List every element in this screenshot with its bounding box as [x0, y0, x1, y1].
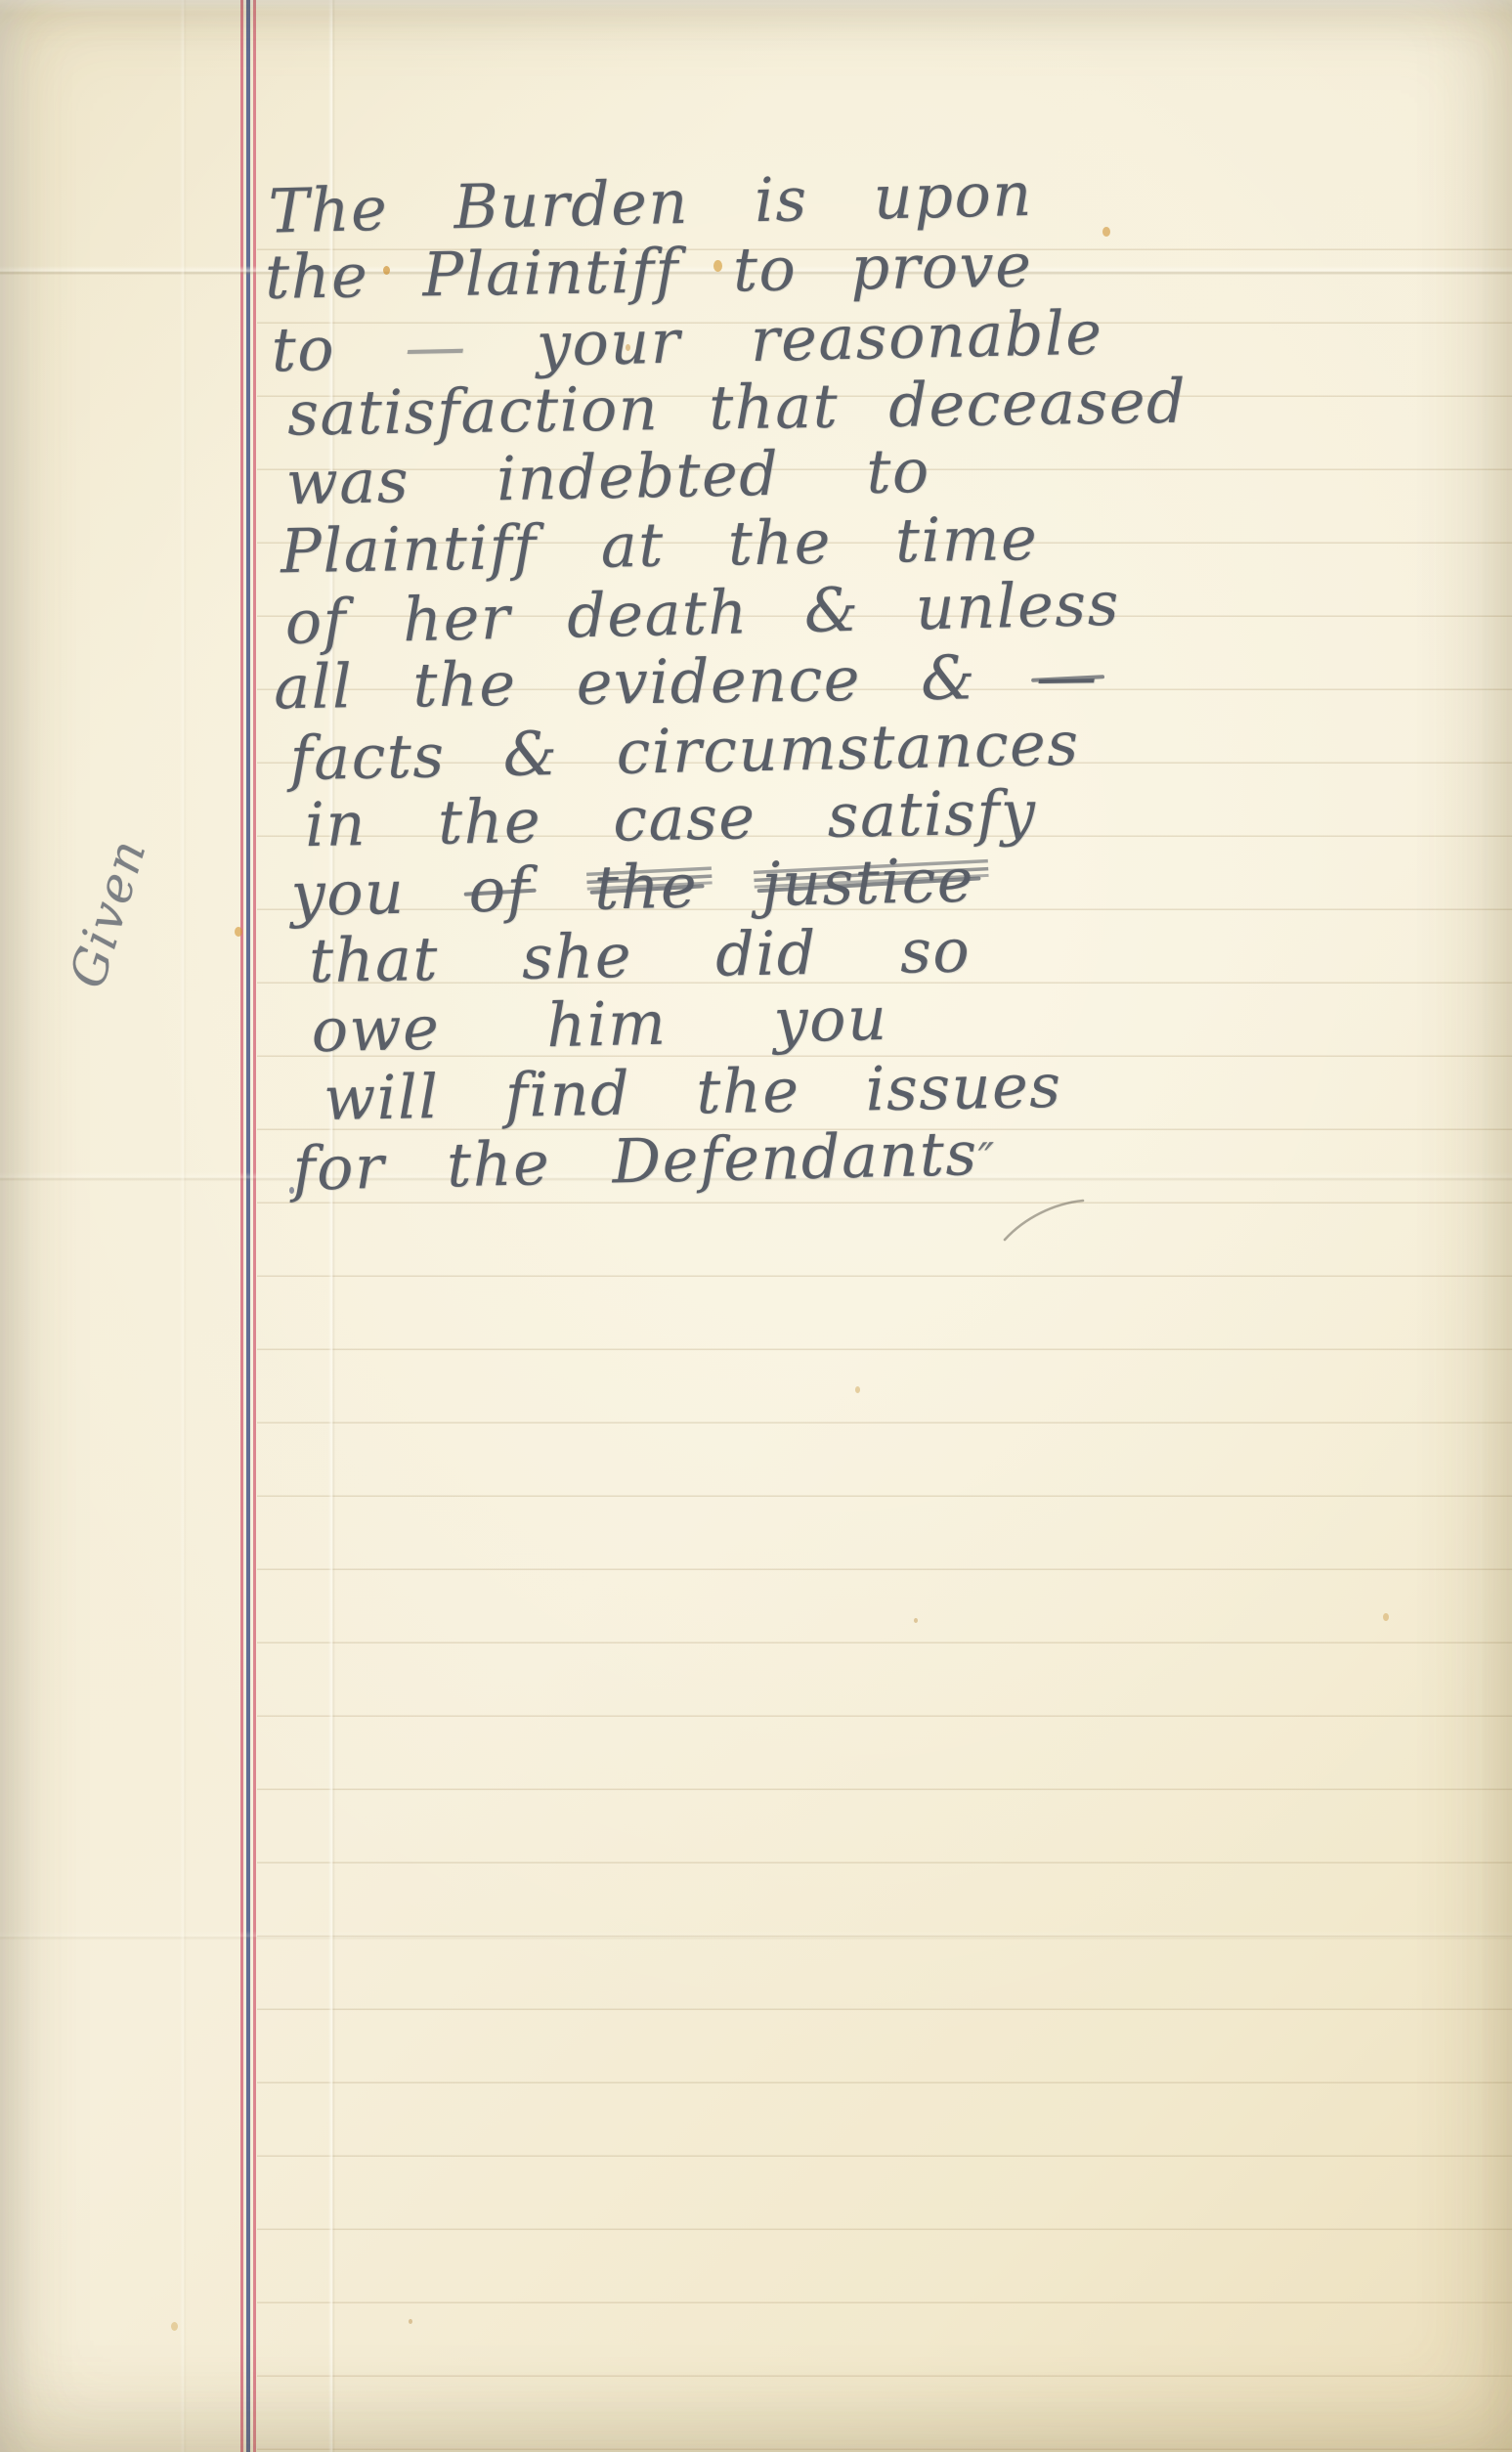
- hand-word: for the Defendants: [292, 1117, 979, 1204]
- hand-word: satisfaction that deceased: [287, 366, 1188, 450]
- handwritten-line: that she did so: [309, 921, 972, 992]
- handwritten-line: satisfaction that deceased: [287, 372, 1188, 445]
- handwritten-line: you of the justice: [290, 851, 975, 926]
- handwritten-line: was indebted to: [285, 441, 930, 514]
- struck-word: the: [593, 850, 699, 923]
- hand-word: ″: [977, 1134, 996, 1185]
- handwritten-line: owe him you: [311, 988, 888, 1061]
- handwritten-line: the Plaintiff to prove: [265, 236, 1033, 308]
- struck-word: of: [468, 854, 532, 926]
- handwritten-line: Plaintiff at the time: [281, 508, 1039, 583]
- hand-word: —: [404, 310, 467, 382]
- struck-word: justice: [761, 845, 975, 921]
- struck-word: —: [1036, 640, 1100, 713]
- handwritten-line: all the evidence & —: [274, 646, 1099, 719]
- hand-word: [530, 853, 595, 925]
- hand-word: [697, 849, 762, 921]
- hand-word: you: [290, 854, 469, 930]
- handwritten-text: The Burden is uponthe Plaintiff to prove…: [0, 0, 1512, 2452]
- handwritten-line: for the Defendants″: [292, 1123, 997, 1200]
- hand-word: to: [271, 312, 406, 386]
- hand-word: owe him you: [311, 983, 888, 1066]
- notebook-page: The Burden is uponthe Plaintiff to prove…: [0, 0, 1512, 2452]
